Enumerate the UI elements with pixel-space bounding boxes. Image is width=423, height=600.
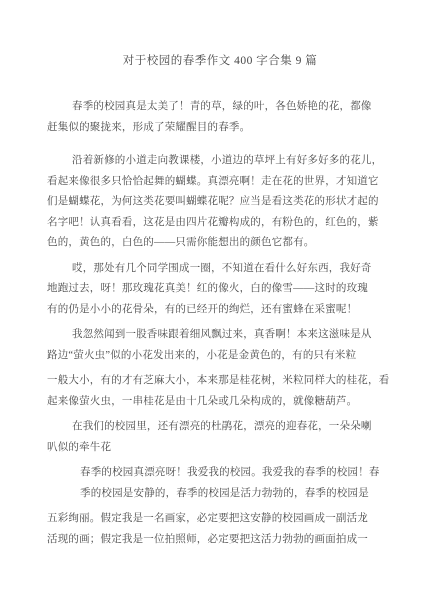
paragraph: 在我们的校园里，还有漂亮的杜鹃花，漂亮的迎春花，一朵朵喇叭似的牵牛花 [47, 417, 393, 458]
text-line: 名字吧！认真看看，这花是由四片花瓣构成的，有粉色的，红色的，紫 [47, 213, 393, 234]
text-line: 有的仍是小小的花骨朵，有的已经开的绚烂，还有蜜蜂在采蜜呢！ [47, 300, 393, 321]
text-line: 看起来像很多只恰恰起舞的蝴蝶。真漂亮啊！走在花的世界，才知道它 [47, 172, 393, 193]
text-line: 春季的校园真是太美了！青的草，绿的叶，各色娇艳的花，都像 [47, 97, 393, 118]
paragraph: 春季的校园真漂亮呀！我爱我的校园。我爱我的春季的校园！春季的校园是安静的，春季的… [47, 463, 393, 504]
paragraph: 春季的校园真是太美了！青的草，绿的叶，各色娇艳的花，都像赶集似的聚拢来，形成了荣… [47, 97, 393, 138]
text-line: 路边“萤火虫”似的小花发出来的，小花是金黄色的，有的只有米粒 [47, 346, 393, 367]
document-page: 对于校园的春季作文 400 字合集 9 篇 春季的校园真是太美了！青的草，绿的叶… [0, 0, 423, 600]
text-line: 地跑过去，呀！那玫瑰花真美！红的像火，白的像雪——这时的玫瑰 [47, 279, 393, 300]
text-line: 色的，黄色的，白色的——只需你能想出的颜色它都有。 [47, 233, 393, 254]
text-line: 赶集似的聚拢来，形成了荣耀醒目的春季。 [47, 118, 393, 139]
text-line: 活现的画；假定我是一位拍照师，必定要把这活力勃勃的画面拍成一 [47, 530, 393, 551]
paragraph: 一般大小，有的才有芝麻大小，本来那是桂花树，米粒同样大的桂花，看起来像萤火虫，一… [47, 371, 393, 412]
paragraph: 沿着新修的小道走向教课楼，小道边的草坪上有好多好多的花儿，看起来像很多只恰恰起舞… [47, 151, 393, 254]
text-line: 春季的校园真漂亮呀！我爱我的校园。我爱我的春季的校园！春 [47, 463, 393, 484]
text-line: 起来像萤火虫，一串桂花是由十几朵或几朵构成的，就像糖葫芦。 [47, 392, 393, 413]
text-line: 一般大小，有的才有芝麻大小，本来那是桂花树，米粒同样大的桂花，看 [47, 371, 393, 392]
text-line: 我忽然闻到一股香味跟着细风飘过来，真香啊！本来这滋味是从 [47, 325, 393, 346]
paragraph: 哎，那处有几个同学围成一圈，不知道在看什么好东西，我好奇地跑过去，呀！那玫瑰花真… [47, 259, 393, 321]
text-line: 在我们的校园里，还有漂亮的杜鹃花，漂亮的迎春花，一朵朵喇 [47, 417, 393, 438]
text-line: 们是蝴蝶花，为何这类花要叫蝴蝶花呢？应当是看这类花的形状才起的 [47, 192, 393, 213]
text-line: 叭似的牵牛花 [47, 438, 393, 459]
text-line: 五彩绚丽。假定我是一名画家，必定要把这安静的校园画成一副活龙 [47, 509, 393, 530]
paragraph: 我忽然闻到一股香味跟着细风飘过来，真香啊！本来这滋味是从路边“萤火虫”似的小花发… [47, 325, 393, 366]
paragraph: 五彩绚丽。假定我是一名画家，必定要把这安静的校园画成一副活龙活现的画；假定我是一… [47, 509, 393, 550]
document-title: 对于校园的春季作文 400 字合集 9 篇 [47, 52, 393, 70]
text-line: 哎，那处有几个同学围成一圈，不知道在看什么好东西，我好奇 [47, 259, 393, 280]
document-body: 春季的校园真是太美了！青的草，绿的叶，各色娇艳的花，都像赶集似的聚拢来，形成了荣… [47, 97, 393, 550]
text-line: 季的校园是安静的，春季的校园是活力勃勃的，春季的校园是 [47, 484, 393, 505]
text-line: 沿着新修的小道走向教课楼，小道边的草坪上有好多好多的花儿， [47, 151, 393, 172]
